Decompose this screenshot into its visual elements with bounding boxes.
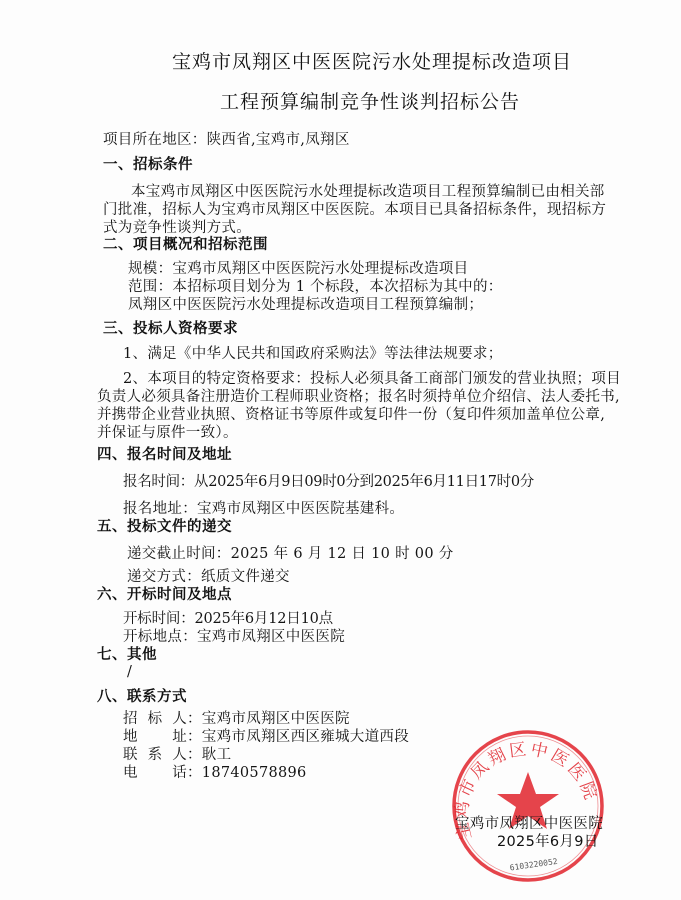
contact-row-address: 地址 ：宝鸡市凤翔区西区雍城大道西段: [123, 728, 409, 746]
svg-text:6103220052: 6103220052: [509, 857, 558, 873]
project-region: 项目所在地区：陕西省,宝鸡市,凤翔区: [103, 128, 350, 149]
section-heading-project-overview: 二、项目概况和招标范围: [103, 233, 268, 254]
document-title-line2: 工程预算编制竞争性谈判招标公告: [220, 87, 520, 114]
section-heading-other: 七、其他: [97, 643, 157, 664]
document-title-line1: 宝鸡市凤翔区中医医院污水处理提标改造项目: [172, 47, 572, 74]
project-scope-detail: 凤翔区中医医院污水处理提标改造项目工程预算编制；: [128, 293, 483, 314]
contact-list: 招标人 ：宝鸡市凤翔区中医医院 地址 ：宝鸡市凤翔区西区雍城大道西段 联系人 ：…: [123, 710, 409, 782]
contact-row-person: 联系人 ：耿工: [123, 746, 409, 764]
contact-value: ：耿工: [187, 746, 231, 764]
contact-row-phone: 电话 ：18740578896: [123, 764, 409, 782]
document-page: 宝鸡市凤翔区中医医院污水处理提标改造项目 工程预算编制竞争性谈判招标公告 项目所…: [0, 0, 681, 900]
contact-row-tenderer: 招标人 ：宝鸡市凤翔区中医医院: [123, 710, 409, 728]
signature-date: 2025年6月9日: [497, 830, 599, 851]
contact-label: 地址: [123, 728, 187, 746]
section-heading-contact: 八、联系方式: [97, 685, 187, 706]
contact-label: 联系人: [123, 746, 187, 764]
contact-label: 招标人: [123, 710, 187, 728]
qualification-item-1: 1、满足《中华人民共和国政府采购法》等法律法规要求；: [123, 342, 503, 363]
section-heading-bidder-qualifications: 三、投标人资格要求: [103, 317, 238, 338]
section-heading-bidding-conditions: 一、招标条件: [103, 153, 193, 174]
submission-deadline: 递交截止时间：2025 年 6 月 12 日 10 时 00 分: [127, 542, 454, 563]
registration-time: 报名时间：从2025年6月9日09时0分到2025年6月11日17时0分: [123, 470, 534, 491]
section-heading-registration: 四、报名时间及地址: [97, 443, 232, 464]
contact-value: ：18740578896: [187, 764, 307, 782]
contact-value: ：宝鸡市凤翔区西区雍城大道西段: [187, 728, 409, 746]
section-heading-bid-submission: 五、投标文件的递交: [97, 515, 232, 536]
other-content: /: [127, 664, 132, 680]
contact-value: ：宝鸡市凤翔区中医医院: [187, 710, 350, 728]
section-heading-bid-opening: 六、开标时间及地点: [97, 583, 232, 604]
qualification-item-2-line: 并保证与原件一致）。: [97, 421, 238, 442]
contact-label: 电话: [123, 764, 187, 782]
official-seal-icon: 宝鸡市凤翔区中医医院 6103220052: [450, 728, 606, 884]
